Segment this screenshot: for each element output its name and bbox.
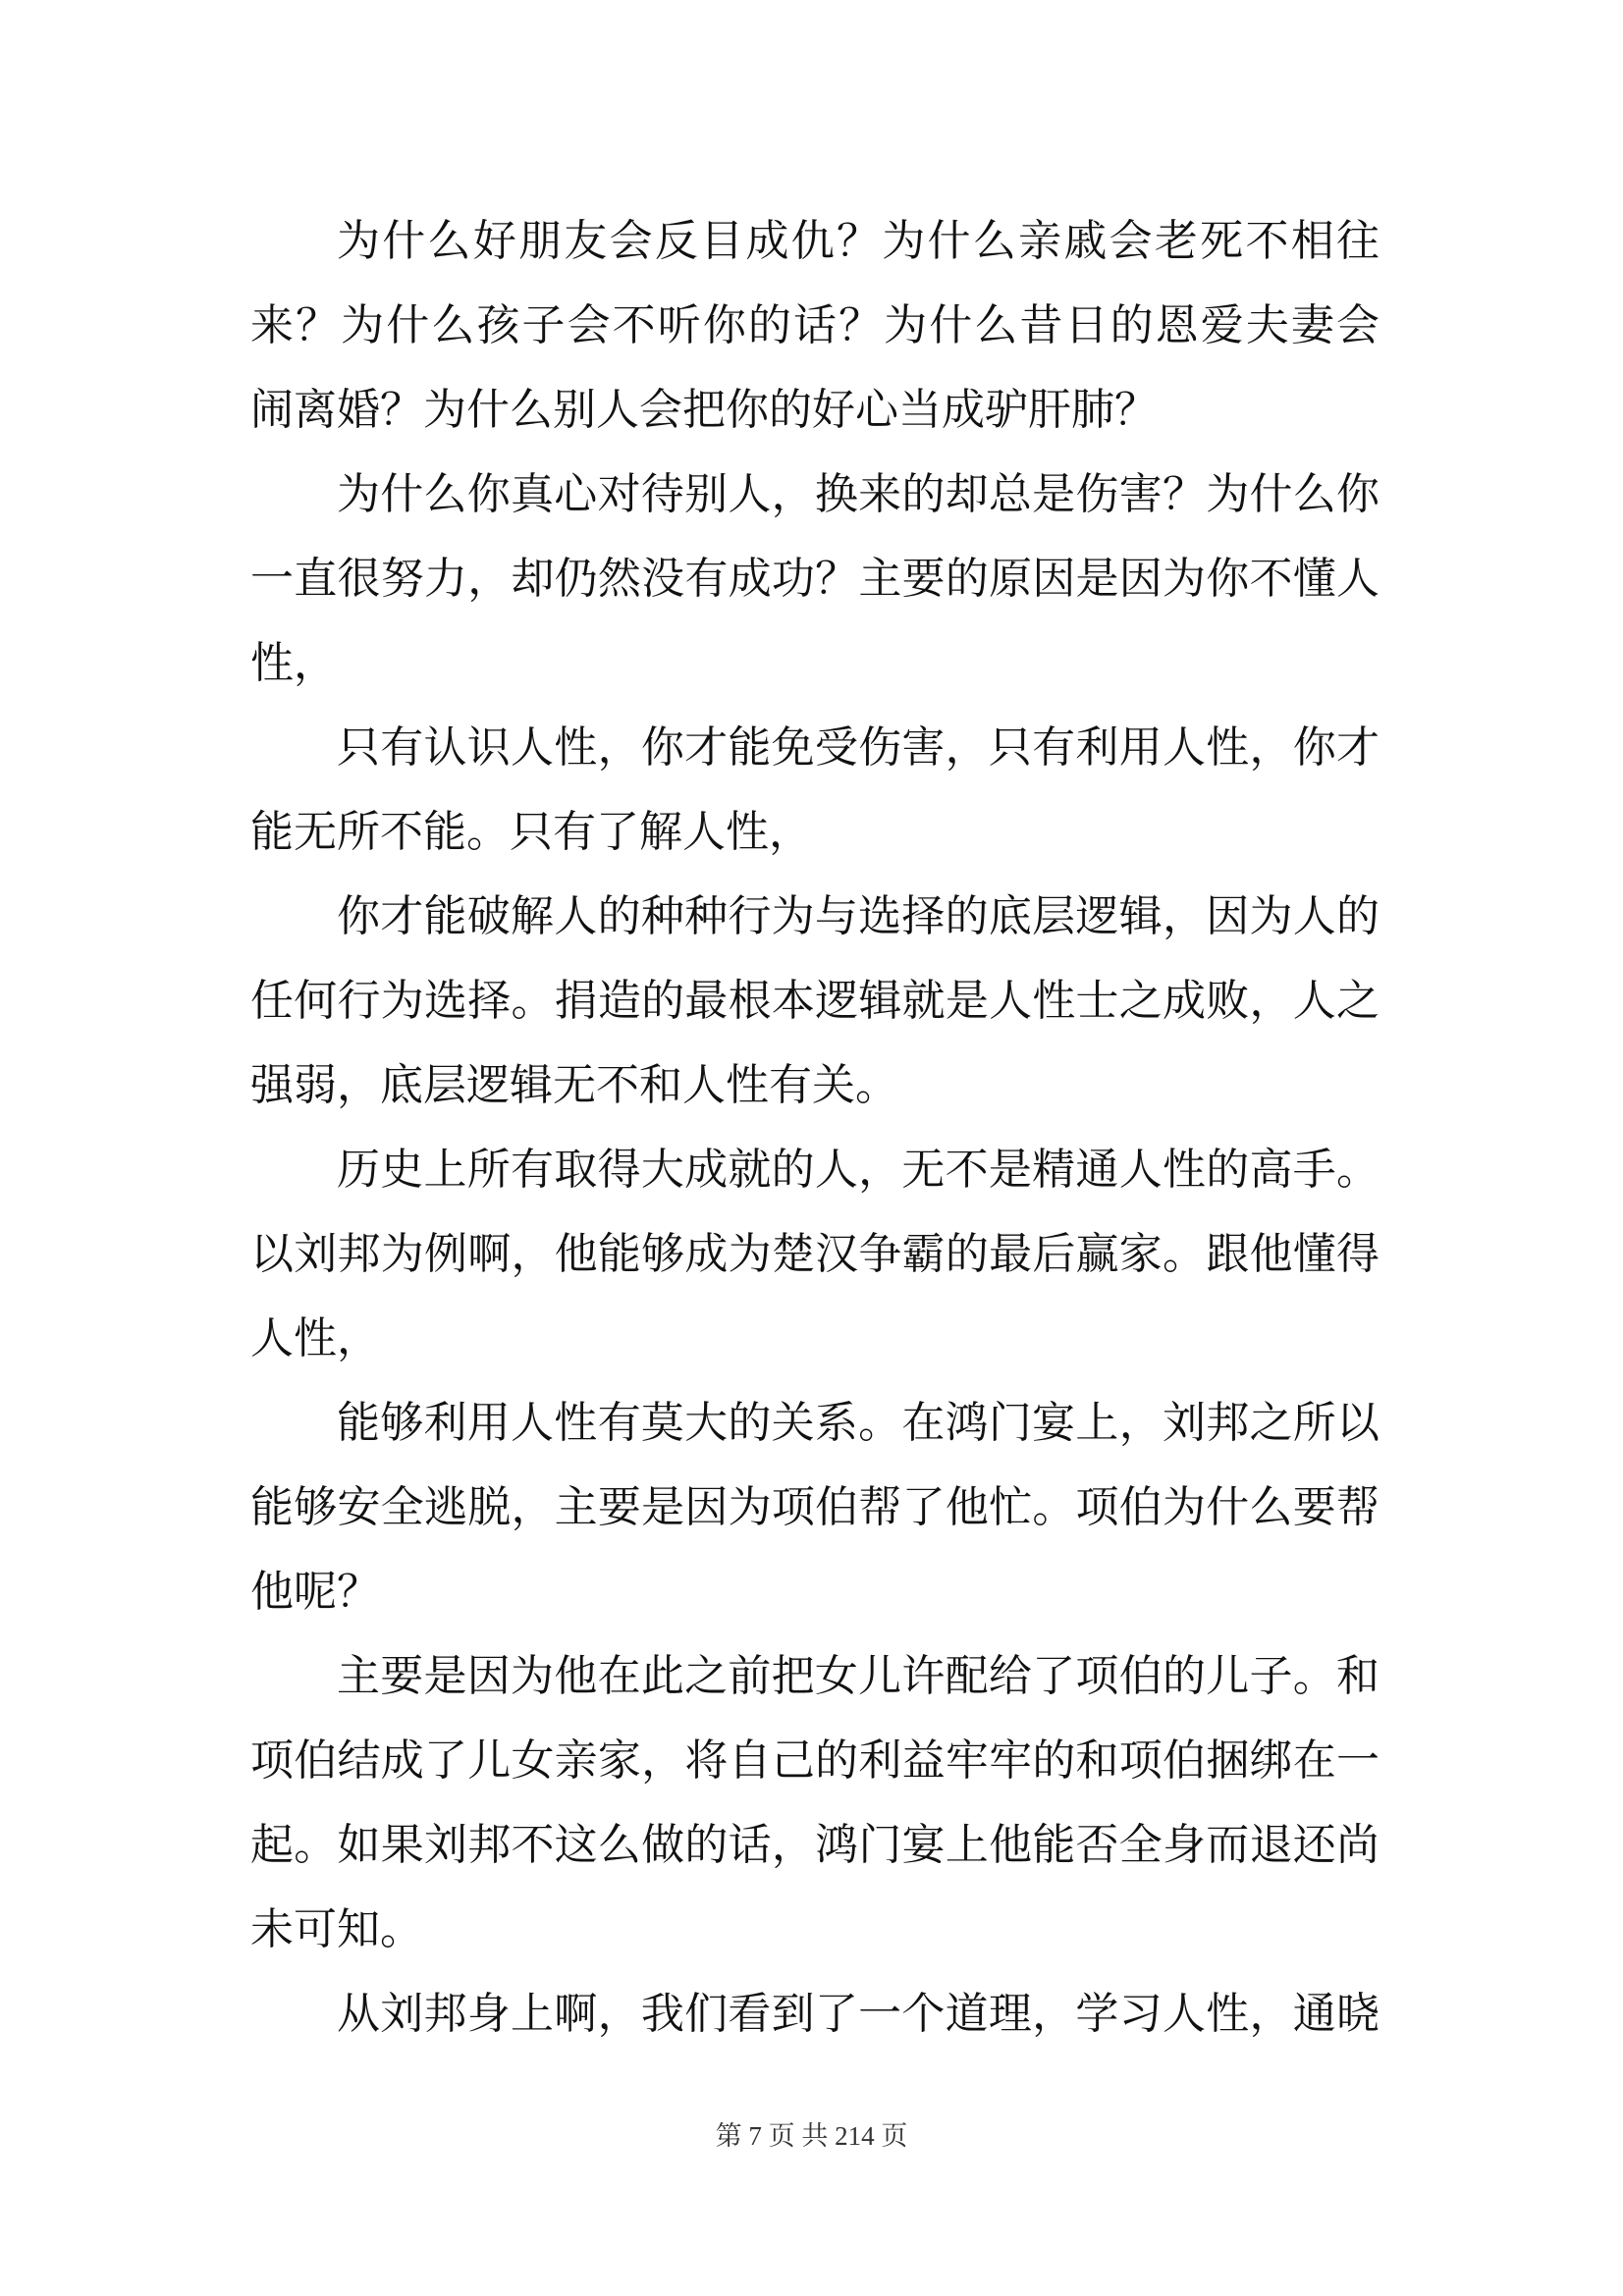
text-line: 项伯结成了儿女亲家，将自己的利益牢牢的和项伯捆绑在一: [250, 1719, 1380, 1803]
text-line: 从刘邦身上啊，我们看到了一个道理，学习人性，通晓: [250, 1972, 1380, 2056]
text-line: 性，: [250, 621, 1380, 706]
text-line: 为什么你真心对待别人，换来的却总是伤害？为什么你: [250, 453, 1380, 537]
page-number-label: 第 7 页 共 214 页: [716, 2121, 908, 2151]
text-line: 以刘邦为例啊，他能够成为楚汉争霸的最后赢家。跟他懂得: [250, 1212, 1380, 1297]
text-line: 主要是因为他在此之前把女儿许配给了项伯的儿子。和: [250, 1634, 1380, 1719]
text-line: 能够利用人性有莫大的关系。在鸿门宴上，刘邦之所以: [250, 1381, 1380, 1466]
text-line: 闹离婚？为什么别人会把你的好心当成驴肝肺？: [250, 368, 1380, 453]
text-line: 只有认识人性，你才能免受伤害，只有利用人性，你才: [250, 706, 1380, 790]
page-footer: 第 7 页 共 214 页: [0, 2112, 1623, 2160]
text-line: 起。如果刘邦不这么做的话，鸿门宴上他能否全身而退还尚: [250, 1803, 1380, 1888]
text-line: 未可知。: [250, 1888, 1380, 1972]
text-line: 任何行为选择。捐造的最根本逻辑就是人性士之成败，人之: [250, 959, 1380, 1043]
text-line: 你才能破解人的种种行为与选择的底层逻辑，因为人的: [250, 875, 1380, 959]
text-line: 人性，: [250, 1297, 1380, 1381]
text-line: 一直很努力，却仍然没有成功？主要的原因是因为你不懂人: [250, 537, 1380, 621]
document-body: 为什么好朋友会反目成仇？为什么亲戚会老死不相往来？为什么孩子会不听你的话？为什么…: [250, 199, 1380, 2056]
text-line: 能无所不能。只有了解人性，: [250, 790, 1380, 875]
document-page: 为什么好朋友会反目成仇？为什么亲戚会老死不相往来？为什么孩子会不听你的话？为什么…: [0, 0, 1623, 2296]
text-line: 为什么好朋友会反目成仇？为什么亲戚会老死不相往: [250, 199, 1380, 284]
text-line: 能够安全逃脱，主要是因为项伯帮了他忙。项伯为什么要帮: [250, 1466, 1380, 1550]
text-line: 来？为什么孩子会不听你的话？为什么昔日的恩爱夫妻会: [250, 284, 1380, 368]
text-line: 他呢？: [250, 1550, 1380, 1634]
text-line: 强弱，底层逻辑无不和人性有关。: [250, 1043, 1380, 1128]
text-line: 历史上所有取得大成就的人，无不是精通人性的高手。: [250, 1128, 1380, 1212]
